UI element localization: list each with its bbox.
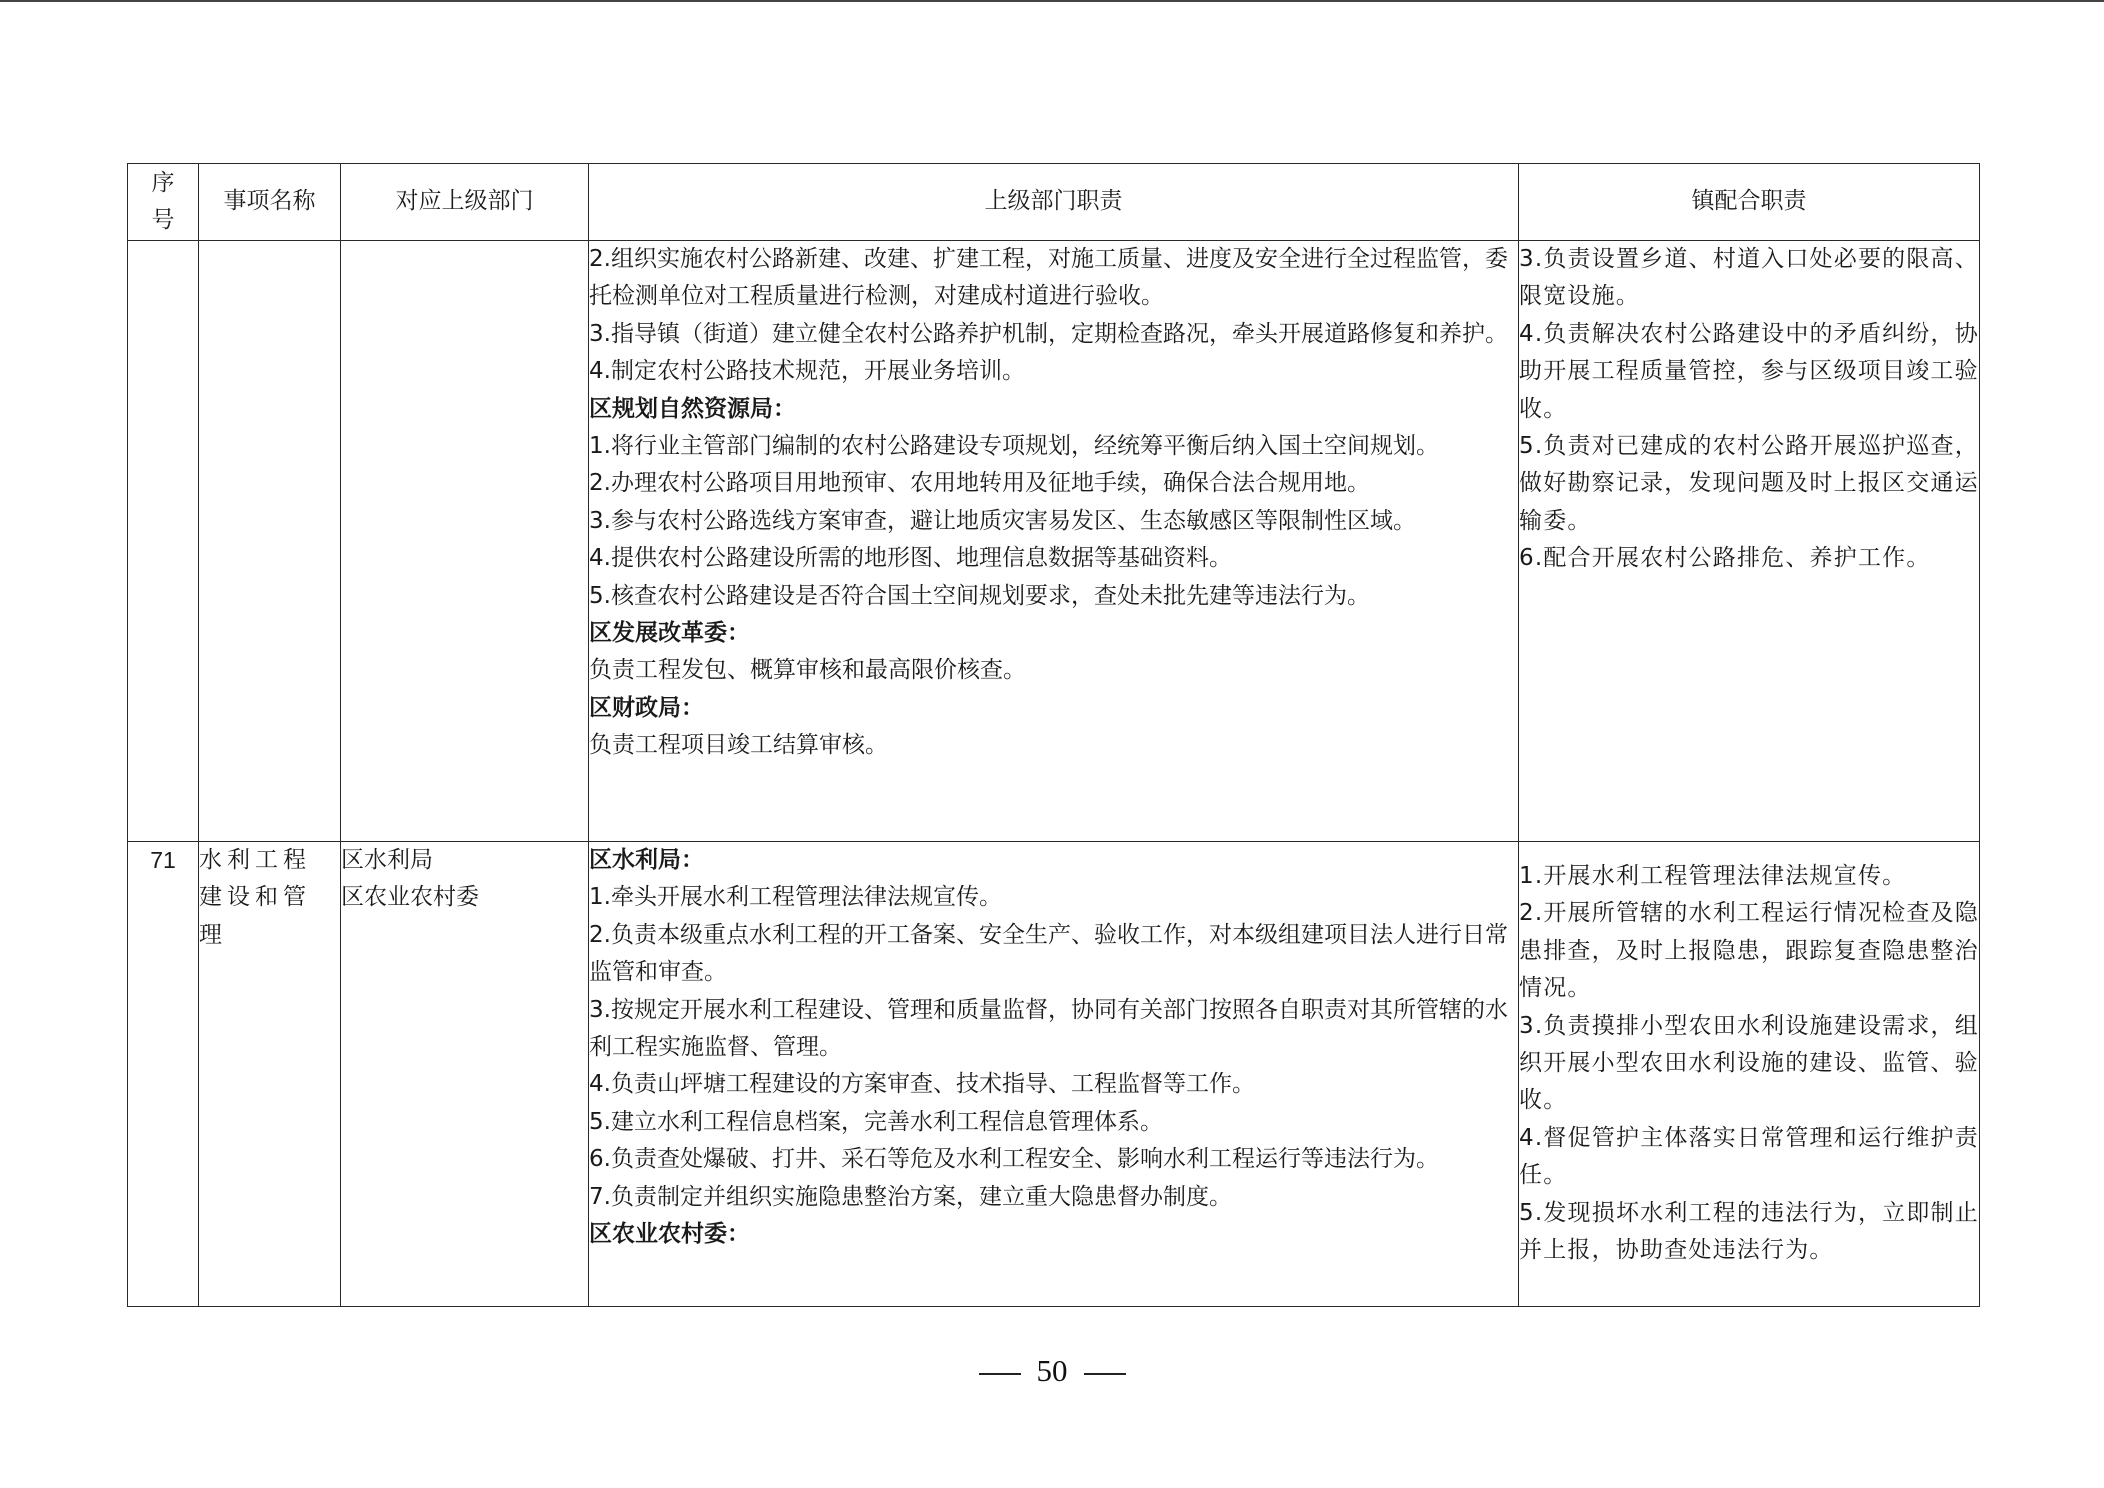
town-duty-line: 3.负责摸排小型农田水利设施建设需求，组织开展小型农田水利设施的建设、监管、验收… [1519, 1008, 1979, 1120]
upper-duties-cell: 区水利局： 1.牵头开展水利工程管理法律法规宣传。 2.负责本级重点水利工程的开… [589, 842, 1519, 1307]
page-number-value: 50 [1037, 1353, 1068, 1388]
seq-cell [128, 241, 199, 842]
seq-cell: 71 [128, 842, 199, 1307]
duty-line: 负责工程项目竣工结算审核。 [589, 727, 1518, 764]
town-duty-line: 6.配合开展农村公路排危、养护工作。 [1519, 540, 1979, 577]
duty-line: 4.负责山坪塘工程建设的方案审查、技术指导、工程监督等工作。 [589, 1066, 1518, 1103]
upper-duties-cell: 2.组织实施农村公路新建、改建、扩建工程，对施工质量、进度及安全进行全过程监管，… [589, 241, 1519, 842]
item-name-line: 建设和管 [199, 879, 340, 916]
header-seq: 序 号 [128, 164, 199, 241]
header-upper-dept: 对应上级部门 [341, 164, 589, 241]
item-name-line: 理 [199, 917, 340, 954]
duty-line: 1.将行业主管部门编制的农村公路建设专项规划，经统筹平衡后纳入国土空间规划。 [589, 428, 1518, 465]
town-duties-cell: 1.开展水利工程管理法律法规宣传。 2.开展所管辖的水利工程运行情况检查及隐患排… [1519, 842, 1980, 1307]
duty-line: 7.负责制定并组织实施隐患整治方案，建立重大隐患督办制度。 [589, 1179, 1518, 1216]
town-duty-line: 2.开展所管辖的水利工程运行情况检查及隐患排查，及时上报隐患，跟踪复查隐患整治情… [1519, 895, 1979, 1007]
header-upper-duties: 上级部门职责 [589, 164, 1519, 241]
duty-line: 5.核查农村公路建设是否符合国土空间规划要求，查处未批先建等违法行为。 [589, 578, 1518, 615]
town-duty-line: 1.开展水利工程管理法律法规宣传。 [1519, 858, 1979, 895]
header-town-duties: 镇配合职责 [1519, 164, 1980, 241]
duty-line: 2.组织实施农村公路新建、改建、扩建工程，对施工质量、进度及安全进行全过程监管，… [589, 241, 1518, 316]
town-duty-line: 5.负责对已建成的农村公路开展巡护巡查，做好勘察记录，发现问题及时上报区交通运输… [1519, 428, 1979, 540]
upper-dept-cell [341, 241, 589, 842]
upper-dept-cell: 区水利局 区农业农村委 [341, 842, 589, 1307]
upper-dept-line: 区农业农村委 [341, 879, 588, 916]
page-top-edge [0, 0, 2104, 2]
town-duties-cell: 3.负责设置乡道、村道入口处必要的限高、限宽设施。 4.负责解决农村公路建设中的… [1519, 241, 1980, 842]
item-name-cell [199, 241, 341, 842]
duty-line: 4.提供农村公路建设所需的地形图、地理信息数据等基础资料。 [589, 540, 1518, 577]
town-duty-line: 4.督促管护主体落实日常管理和运行维护责任。 [1519, 1120, 1979, 1195]
duty-line: 2.办理农村公路项目用地预审、农用地转用及征地手续，确保合法合规用地。 [589, 465, 1518, 502]
duty-line: 3.参与农村公路选线方案审查，避让地质灾害易发区、生态敏感区等限制性区域。 [589, 503, 1518, 540]
duty-line: 负责工程发包、概算审核和最高限价核查。 [589, 652, 1518, 689]
item-name-line: 水利工程 [199, 842, 340, 879]
town-duty-line: 4.负责解决农村公路建设中的矛盾纠纷，协助开展工程质量管控，参与区级项目竣工验收… [1519, 316, 1979, 428]
duty-line: 5.建立水利工程信息档案，完善水利工程信息管理体系。 [589, 1104, 1518, 1141]
town-duty-line: 3.负责设置乡道、村道入口处必要的限高、限宽设施。 [1519, 241, 1979, 316]
duty-line: 2.负责本级重点水利工程的开工备案、安全生产、验收工作，对本级组建项目法人进行日… [589, 917, 1518, 992]
table-row: 2.组织实施农村公路新建、改建、扩建工程，对施工质量、进度及安全进行全过程监管，… [128, 241, 1980, 842]
page-number: 50 [0, 1353, 2104, 1389]
item-name-cell: 水利工程 建设和管 理 [199, 842, 341, 1307]
dept-heading: 区规划自然资源局： [589, 391, 1518, 428]
dept-heading: 区水利局： [589, 842, 1518, 879]
upper-dept-line: 区水利局 [341, 842, 588, 879]
dash-left [979, 1373, 1021, 1375]
duties-table: 序 号 事项名称 对应上级部门 上级部门职责 镇配合职责 2.组织实施农村公路新… [127, 163, 1980, 1307]
table-header-row: 序 号 事项名称 对应上级部门 上级部门职责 镇配合职责 [128, 164, 1980, 241]
town-duty-line: 5.发现损坏水利工程的违法行为，立即制止并上报，协助查处违法行为。 [1519, 1195, 1979, 1270]
dept-heading: 区发展改革委： [589, 615, 1518, 652]
table-row: 71 水利工程 建设和管 理 区水利局 区农业农村委 区水利局： 1.牵头开展水… [128, 842, 1980, 1307]
duty-line: 3.指导镇（街道）建立健全农村公路养护机制，定期检查路况，牵头开展道路修复和养护… [589, 316, 1518, 353]
duty-line: 6.负责查处爆破、打井、采石等危及水利工程安全、影响水利工程运行等违法行为。 [589, 1141, 1518, 1178]
dept-heading: 区财政局： [589, 690, 1518, 727]
header-seq-line1: 序 [128, 165, 198, 202]
header-seq-line2: 号 [128, 202, 198, 239]
header-item-name: 事项名称 [199, 164, 341, 241]
duty-line: 1.牵头开展水利工程管理法律法规宣传。 [589, 879, 1518, 916]
duty-line: 3.按规定开展水利工程建设、管理和质量监督，协同有关部门按照各自职责对其所管辖的… [589, 992, 1518, 1067]
dept-heading: 区农业农村委： [589, 1216, 1518, 1253]
dash-right [1084, 1373, 1126, 1375]
duty-line: 4.制定农村公路技术规范，开展业务培训。 [589, 353, 1518, 390]
